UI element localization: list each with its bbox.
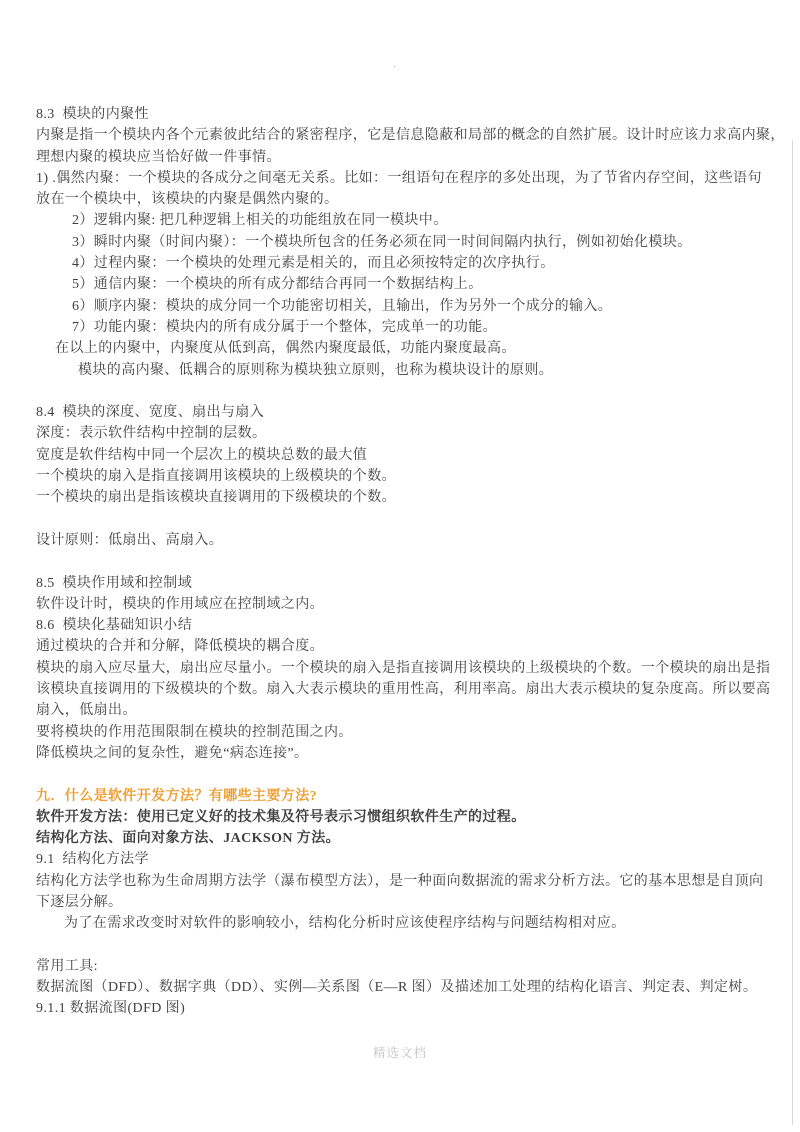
- document-line: 3）瞬时内聚（时间内聚）：一个模块所包含的任务必须在同一时间间隔内执行，例如初始…: [36, 232, 776, 253]
- document-line: 降低模块之间的复杂性，避免“病态连接”。: [36, 743, 776, 764]
- document-line: 内聚是指一个模块内各个元素彼此结合的紧密程序，它是信息隐蔽和局部的概念的自然扩展…: [36, 125, 776, 146]
- document-line: 下逐层分解。: [36, 892, 776, 913]
- document-line: 8.3 模块的内聚性: [36, 104, 776, 125]
- document-line: 5）通信内聚：一个模块的所有成分都结合再同一个数据结构上。: [36, 274, 776, 295]
- page-header-mark: .: [393, 58, 396, 70]
- blank-line: [36, 509, 776, 530]
- document-line: 设计原则：低扇出、高扇入。: [36, 530, 776, 551]
- blank-line: [36, 764, 776, 785]
- document-line: 模块的扇入应尽量大，扇出应尽量小。一个模块的扇入是指直接调用该模块的上级模块的个…: [36, 658, 776, 679]
- document-body: 8.3 模块的内聚性内聚是指一个模块内各个元素彼此结合的紧密程序，它是信息隐蔽和…: [36, 104, 776, 1020]
- document-line: 4）过程内聚：一个模块的处理元素是相关的，而且必须按特定的次序执行。: [36, 253, 776, 274]
- document-line: 软件设计时，模块的作用域应在控制域之内。: [36, 594, 776, 615]
- document-line: 9.1 结构化方法学: [36, 849, 776, 870]
- document-line: 8.5 模块作用域和控制域: [36, 573, 776, 594]
- document-line: 该模块直接调用的下级模块的个数。扇入大表示模块的重用性高，利用率高。扇出大表示模…: [36, 679, 776, 700]
- document-line: 数据流图（DFD）、数据字典（DD）、实例—关系图（E—R 图）及描述加工处理的…: [36, 977, 776, 998]
- document-line: 放在一个模块中，该模块的内聚是偶然内聚的。: [36, 189, 776, 210]
- document-page: . 8.3 模块的内聚性内聚是指一个模块内各个元素彼此结合的紧密程序，它是信息隐…: [0, 0, 800, 1132]
- document-line: 一个模块的扇出是指该模块直接调用的下级模块的个数。: [36, 487, 776, 508]
- document-line: 通过模块的合并和分解，降低模块的耦合度。: [36, 636, 776, 657]
- document-line: 为了在需求改变时对软件的影响较小，结构化分析时应该使程序结构与问题结构相对应。: [36, 913, 776, 934]
- blank-line: [36, 551, 776, 572]
- document-line: 9.1.1 数据流图(DFD 图): [36, 998, 776, 1019]
- document-line: 在以上的内聚中，内聚度从低到高，偶然内聚度最低，功能内聚度最高。: [36, 338, 776, 359]
- document-line: 宽度是软件结构中同一个层次上的模块总数的最大值: [36, 445, 776, 466]
- blank-line: [36, 935, 776, 956]
- document-line: 九．什么是软件开发方法？有哪些主要方法?: [36, 786, 776, 807]
- document-line: 8.4 模块的深度、宽度、扇出与扇入: [36, 402, 776, 423]
- document-line: 结构化方法、面向对象方法、JACKSON 方法。: [36, 828, 776, 849]
- document-line: 扇入，低扇出。: [36, 700, 776, 721]
- blank-line: [36, 381, 776, 402]
- document-line: 深度：表示软件结构中控制的层数。: [36, 423, 776, 444]
- document-line: 结构化方法学也称为生命周期方法学（瀑布模型方法），是一种面向数据流的需求分析方法…: [36, 871, 776, 892]
- footer-watermark: 精选文档: [0, 1043, 800, 1061]
- document-line: 要将模块的作用范围限制在模块的控制范围之内。: [36, 722, 776, 743]
- document-line: 8.6 模块化基础知识小结: [36, 615, 776, 636]
- right-margin-guide-line: [792, 140, 793, 1125]
- document-line: 模块的高内聚、低耦合的原则称为模块独立原则，也称为模块设计的原则。: [36, 360, 776, 381]
- document-line: 软件开发方法：使用已定义好的技术集及符号表示习惯组织软件生产的过程。: [36, 807, 776, 828]
- document-line: 7）功能内聚：模块内的所有成分属于一个整体，完成单一的功能。: [36, 317, 776, 338]
- document-line: 一个模块的扇入是指直接调用该模块的上级模块的个数。: [36, 466, 776, 487]
- document-line: 6）顺序内聚：模块的成分同一个功能密切相关，且输出，作为另外一个成分的输入。: [36, 296, 776, 317]
- document-line: 1) .偶然内聚：一个模块的各成分之间毫无关系。比如：一组语句在程序的多处出现，…: [36, 168, 776, 189]
- document-line: 常用工具:: [36, 956, 776, 977]
- document-line: 理想内聚的模块应当恰好做一件事情。: [36, 147, 776, 168]
- document-line: 2）逻辑内聚: 把几种逻辑上相关的功能组放在同一模块中。: [36, 210, 776, 231]
